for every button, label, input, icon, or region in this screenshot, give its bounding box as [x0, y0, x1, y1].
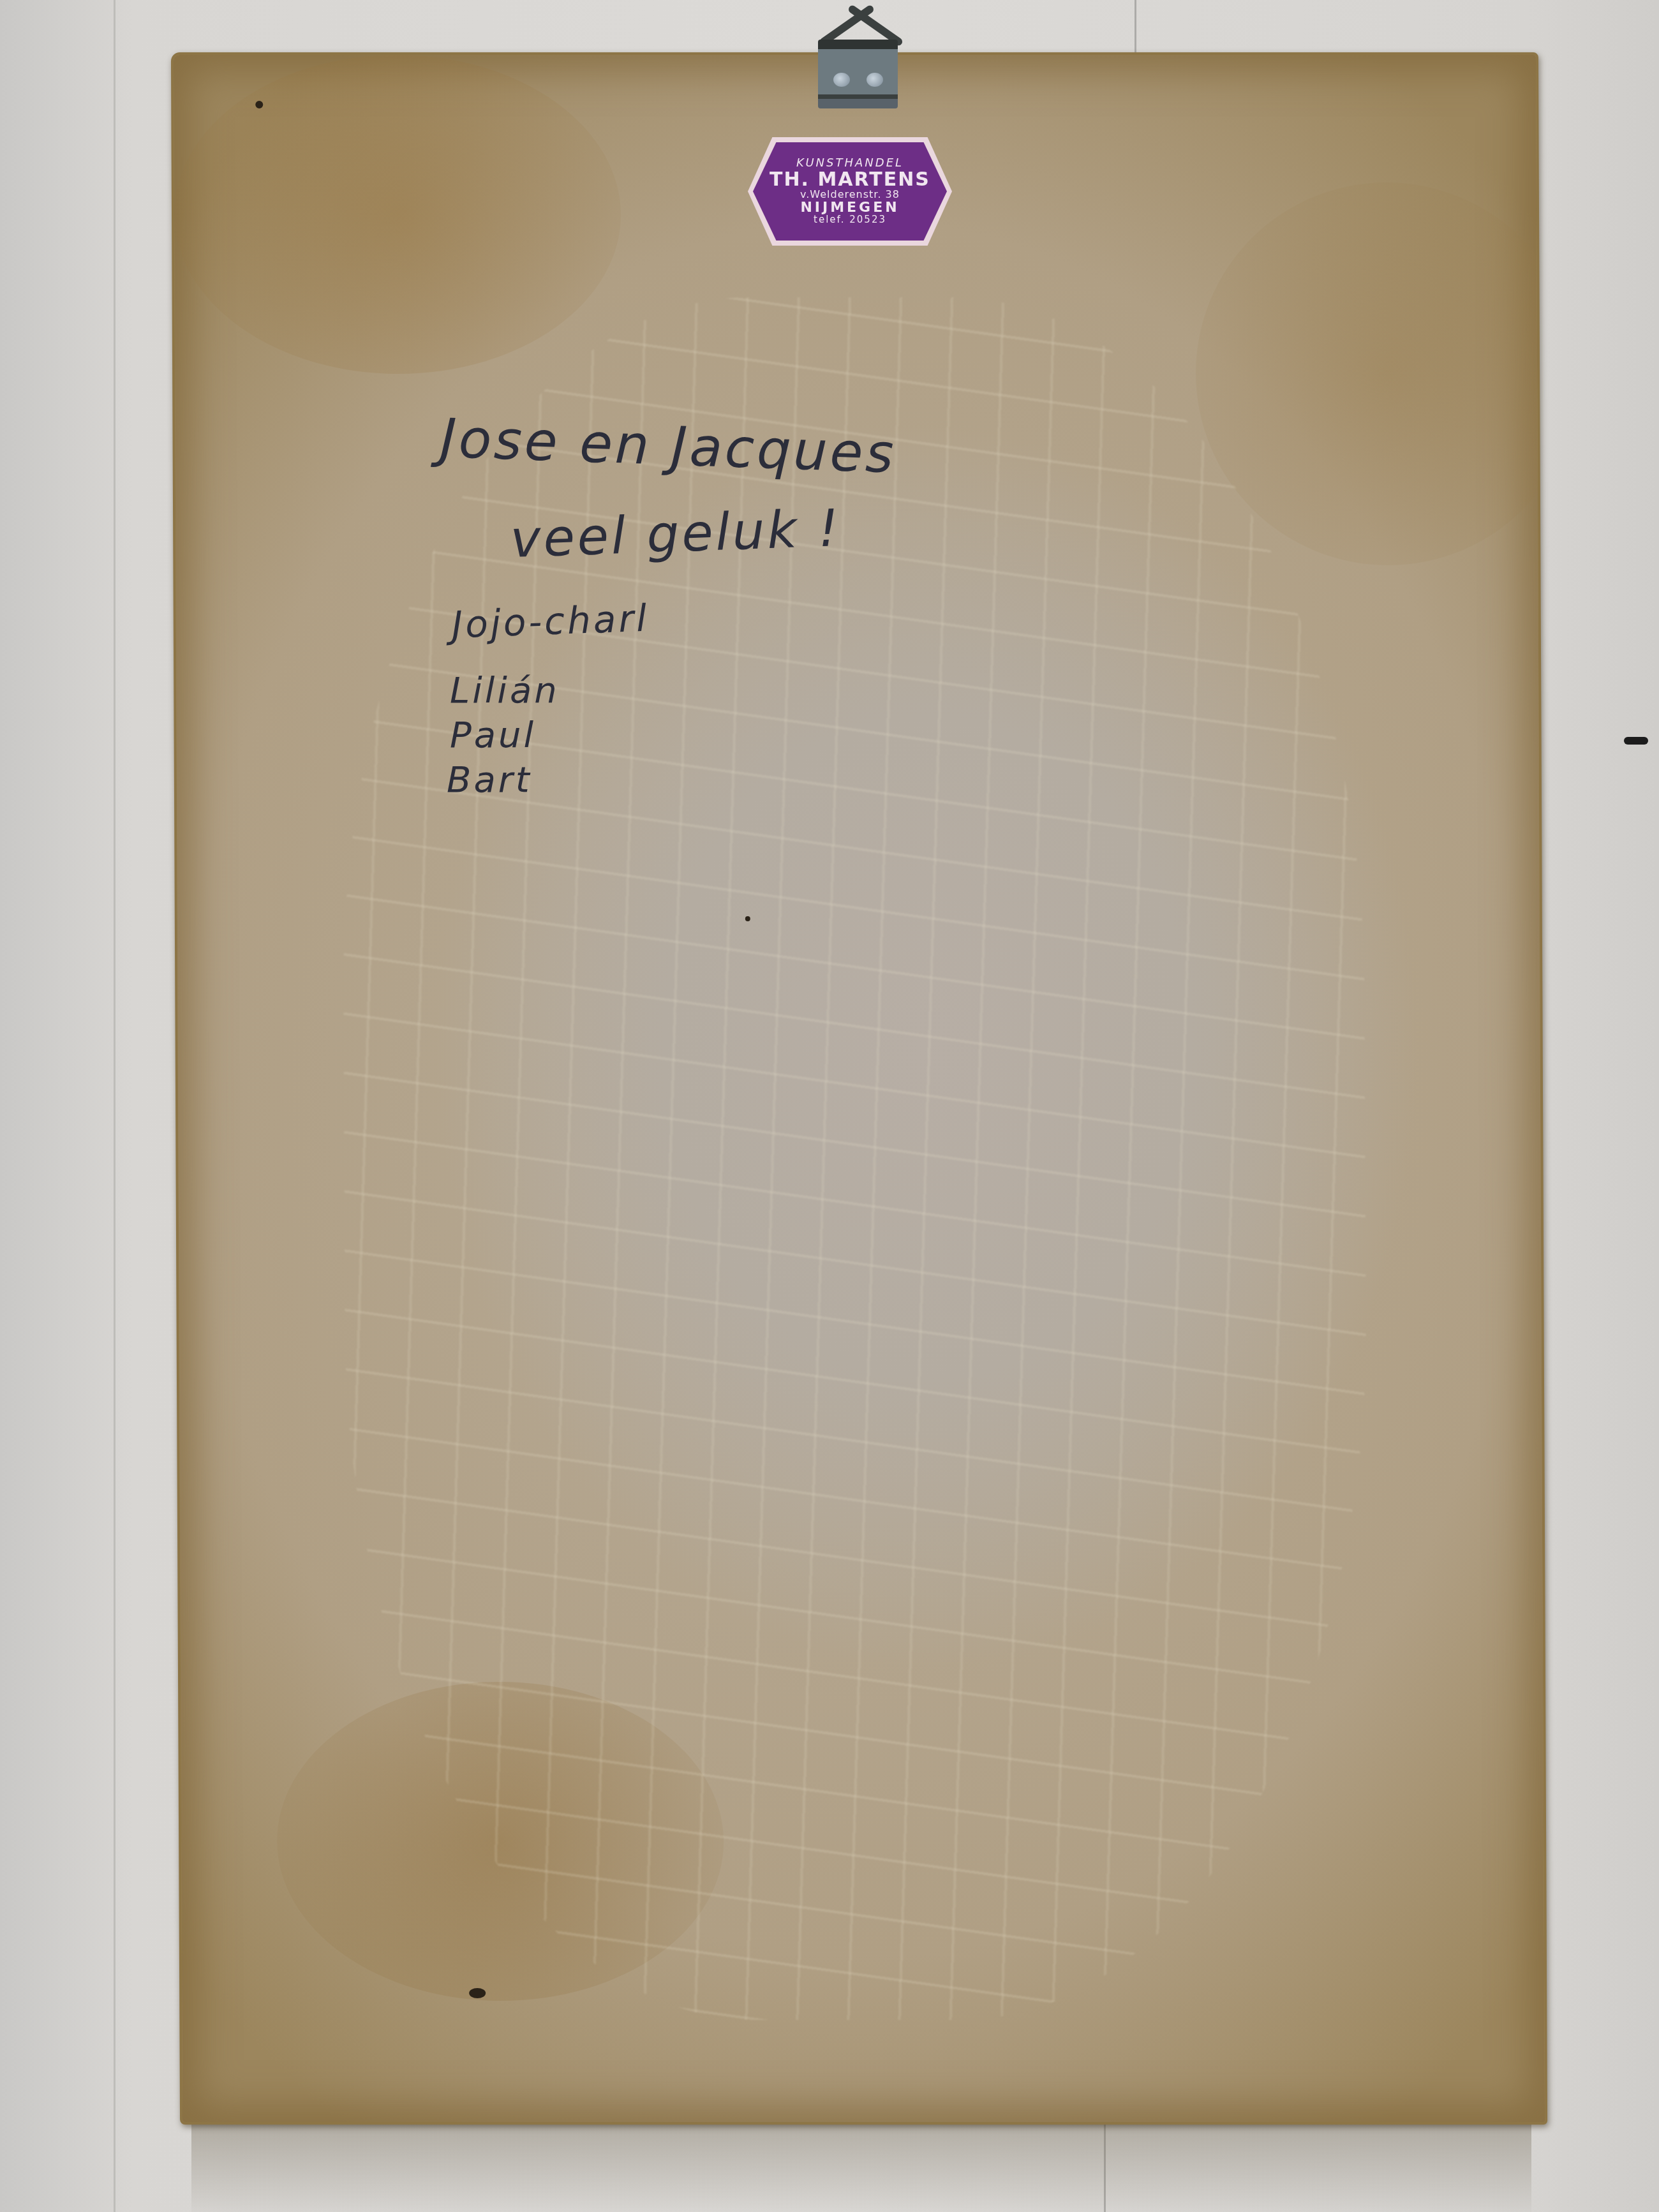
- screw-icon: [867, 73, 883, 87]
- nail-hole: [255, 101, 263, 108]
- signature: Paul: [450, 715, 536, 756]
- dealer-label: Kunsthandel Th. Martens v.Welderenstr. 3…: [748, 137, 952, 246]
- wall-seam: [1135, 0, 1136, 57]
- signature: Lilián: [450, 670, 560, 711]
- label-phone: telef. 20523: [814, 215, 886, 225]
- ink-spot: [469, 1988, 486, 1998]
- age-stain: [174, 55, 621, 374]
- label-city: Nijmegen: [800, 200, 899, 215]
- label-name: Th. Martens: [770, 170, 930, 190]
- inscription-wish: veel geluk !: [510, 498, 842, 569]
- hanger-plate: [818, 40, 898, 108]
- sawtooth-hanger: [812, 3, 909, 110]
- panel-back: [171, 52, 1547, 2125]
- signature: Bart: [447, 759, 532, 801]
- label-address: v.Welderenstr. 38: [800, 189, 900, 200]
- crackle-texture: [341, 297, 1369, 2020]
- wall-mark: [1624, 737, 1648, 745]
- screw-icon: [833, 73, 850, 87]
- signature: Jojo-charl: [451, 597, 650, 647]
- wall-seam: [114, 0, 115, 2212]
- ink-spot: [745, 916, 750, 921]
